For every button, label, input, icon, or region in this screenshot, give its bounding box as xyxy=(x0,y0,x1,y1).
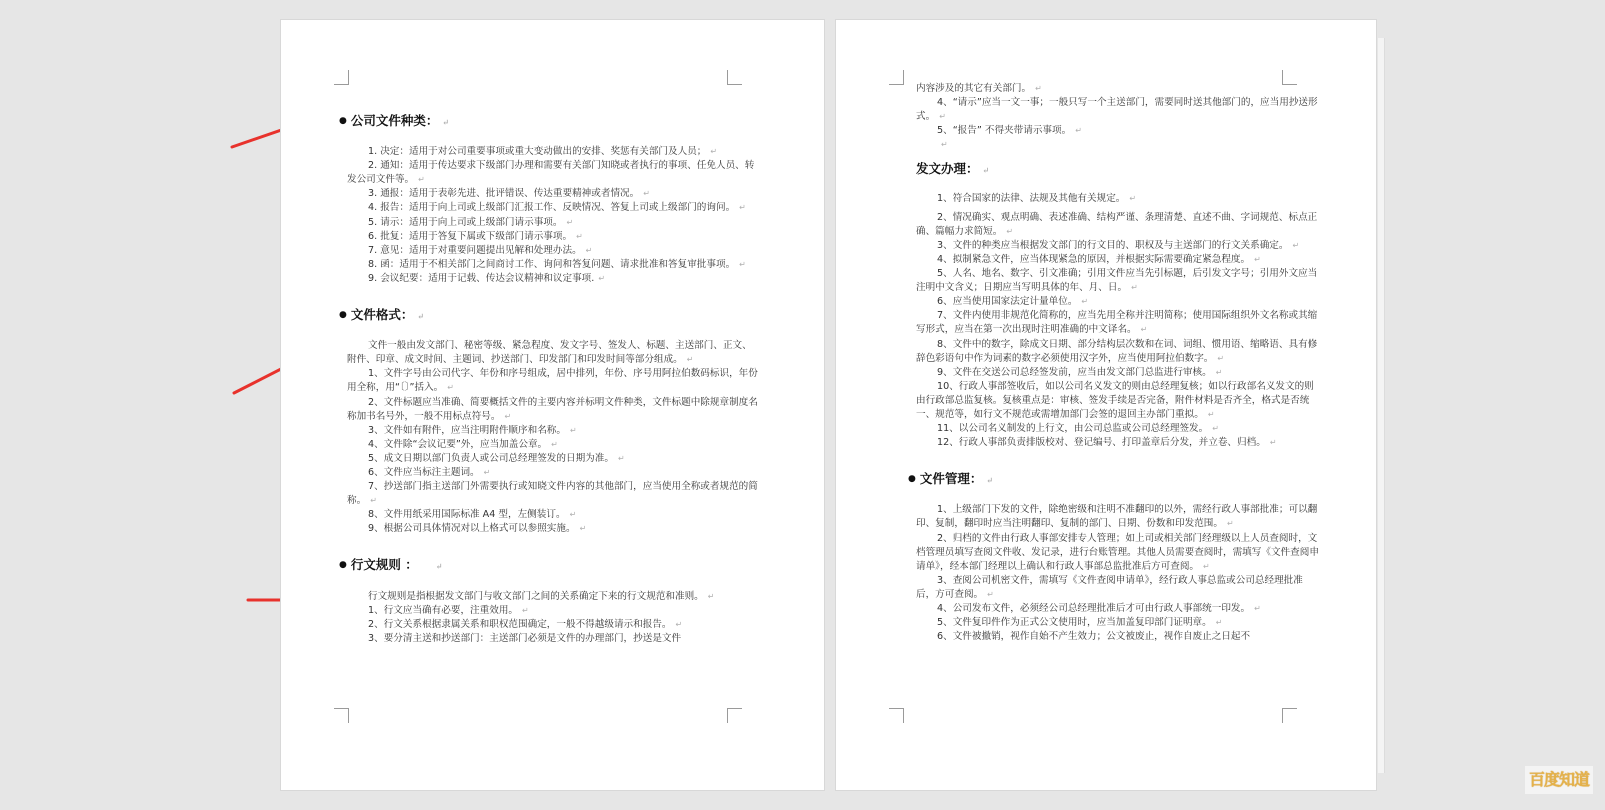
paragraph: 2、情况确实、观点明确、表述准确、结构严谨、条理清楚、直述不曲、字词规范、标点正… xyxy=(916,211,1322,239)
paragraph: 5. 请示：适用于向上司或上级部门请示事项。↵ xyxy=(347,216,759,230)
paragraph: 文件一般由发文部门、秘密等级、紧急程度、发文字号、签发人、标题、主送部门、正文、… xyxy=(347,339,759,367)
watermark-logo: 百度知道 xyxy=(1525,766,1593,794)
paragraph: 9、根据公司具体情况对以上格式可以参照实施。↵ xyxy=(347,522,759,536)
section-heading-doc-management: ●文件管理：↵ xyxy=(908,472,1322,487)
crop-mark-icon xyxy=(889,70,904,85)
crop-mark-icon xyxy=(889,708,904,723)
crop-mark-icon xyxy=(1282,708,1297,723)
bullet-icon: ● xyxy=(908,474,916,484)
paragraph: 7、抄送部门指主送部门外需要执行或知晓文件内容的其他部门，应当使用全称或者规范的… xyxy=(347,480,759,508)
paragraph: 2、归档的文件由行政人事部安排专人管理；如上司或相关部门经理级以上人员查阅时，文… xyxy=(916,532,1322,574)
paragraph: 2、行文关系根据隶属关系和职权范围确定，一般不得越级请示和报告。↵ xyxy=(347,618,759,632)
paragraph: 12、行政人事部负责排版校对、登记编号、打印盖章后分发，并立卷、归档。↵ xyxy=(916,436,1322,450)
paragraph: 1、符合国家的法律、法规及其他有关规定。↵ xyxy=(916,192,1322,206)
paragraph: 1. 决定：适用于对公司重要事项或重大变动做出的安排、奖惩有关部门及人员；↵ xyxy=(347,145,759,159)
paragraph: 3、文件如有附件，应当注明附件顺序和名称。↵ xyxy=(347,424,759,438)
paragraph: 8、文件中的数字，除成文日期、部分结构层次数和在词、词组、惯用语、缩略语、具有修… xyxy=(916,338,1322,366)
paragraph: 5、文件复印件作为正式公文使用时，应当加盖复印部门证明章。↵ xyxy=(916,616,1322,630)
paragraph: 3、查阅公司机密文件，需填写《文件查阅申请单》，经行政人事总监或公司总经理批准后… xyxy=(916,574,1322,602)
document-page-left: ●公司文件种类：↵ 1. 决定：适用于对公司重要事项或重大变动做出的安排、奖惩有… xyxy=(281,20,824,790)
paragraph: 3、要分清主送和抄送部门：主送部门必须是文件的办理部门，抄送是文件 xyxy=(347,632,759,646)
paragraph: 1、文件字号由公司代字、年份和序号组成，居中排列，年份、序号用阿拉伯数码标识，年… xyxy=(347,367,759,395)
paragraph: 2. 通知：适用于传达要求下级部门办理和需要有关部门知晓或者执行的事项、任免人员… xyxy=(347,159,759,187)
paragraph: 1、上级部门下发的文件，除绝密级和注明不准翻印的以外，需经行政人事部批准；可以翻… xyxy=(916,503,1322,531)
paragraph: 4、拟制紧急文件，应当体现紧急的原因，并根据实际需要确定紧急程度。↵ xyxy=(916,253,1322,267)
page-content[interactable]: ●公司文件种类：↵ 1. 决定：适用于对公司重要事项或重大变动做出的安排、奖惩有… xyxy=(347,100,759,646)
section-heading-writing-rules: ●行文规则 ：↵ xyxy=(339,558,759,573)
section-heading-doc-format: ●文件格式：↵ xyxy=(339,308,759,323)
paragraph: 6. 批复：适用于答复下属或下级部门请示事项。↵ xyxy=(347,230,759,244)
paragraph: 5、成文日期以部门负责人或公司总经理签发的日期为准。↵ xyxy=(347,452,759,466)
paragraph: 行文规则是指根据发文部门与收文部门之间的关系确定下来的行文规范和准则。↵ xyxy=(347,590,759,604)
bullet-icon: ● xyxy=(339,560,347,570)
paragraph: 3. 通报：适用于表彰先进、批评错误、传达重要精神或者情况。↵ xyxy=(347,187,759,201)
paragraph: 7. 意见：适用于对重要问题提出见解和处理办法。↵ xyxy=(347,244,759,258)
crop-mark-icon xyxy=(334,70,349,85)
paragraph: 6、应当使用国家法定计量单位。↵ xyxy=(916,295,1322,309)
paragraph: 1、行文应当确有必要，注重效用。↵ xyxy=(347,604,759,618)
paragraph: 4、“请示”应当一文一事；一般只写一个主送部门，需要同时送其他部门的，应当用抄送… xyxy=(916,96,1322,124)
paragraph: 4、文件除“会议记要”外，应当加盖公章。↵ xyxy=(347,438,759,452)
empty-paragraph: ↵ xyxy=(916,138,1322,152)
page-content[interactable]: 内容涉及的其它有关部门。↵ 4、“请示”应当一文一事；一般只写一个主送部门，需要… xyxy=(916,82,1322,644)
paragraph: 10、行政人事部签收后，如以公司名义发文的则由总经理复核；如以行政部名义发文的则… xyxy=(916,380,1322,422)
bullet-icon: ● xyxy=(339,116,347,126)
crop-mark-icon xyxy=(727,70,742,85)
paragraph: 8. 函：适用于不相关部门之间商讨工作、询问和答复问题、请求批准和答复审批事项。… xyxy=(347,258,759,272)
paragraph: 6、文件应当标注主题词。↵ xyxy=(347,466,759,480)
next-page-edge xyxy=(1378,38,1385,773)
paragraph: 8、文件用纸采用国际标准 A4 型，左侧装订。↵ xyxy=(347,508,759,522)
paragraph: 5、人名、地名、数字、引文准确；引用文件应当先引标题，后引发文字号；引用外文应当… xyxy=(916,267,1322,295)
paragraph: 4、公司发布文件，必须经公司总经理批准后才可由行政人事部统一印发。↵ xyxy=(916,602,1322,616)
paragraph: 6、文件被撤销，视作自始不产生效力；公文被废止，视作自废止之日起不 xyxy=(916,630,1322,644)
paragraph: 3、文件的种类应当根据发文部门的行文目的、职权及与主送部门的行文关系确定。↵ xyxy=(916,239,1322,253)
paragraph: 7、文件内使用非规范化简称的，应当先用全称并注明简称；使用国际组织外文名称或其缩… xyxy=(916,309,1322,337)
paragraph: 11、以公司名义制发的上行文，由公司总监或公司总经理签发。↵ xyxy=(916,422,1322,436)
section-heading-dispatch: 发文办理：↵ xyxy=(916,162,1322,177)
paragraph: 内容涉及的其它有关部门。↵ xyxy=(916,82,1322,96)
crop-mark-icon xyxy=(334,708,349,723)
section-heading-doc-types: ●公司文件种类：↵ xyxy=(339,114,759,129)
bullet-icon: ● xyxy=(339,310,347,320)
paragraph: 9. 会议纪要：适用于记载、传达会议精神和议定事项.↵ xyxy=(347,272,759,286)
paragraph: 4. 报告：适用于向上司或上级部门汇报工作、反映情况、答复上司或上级部门的询问。… xyxy=(347,201,759,215)
paragraph: 5、“报告” 不得夹带请示事项。↵ xyxy=(916,124,1322,138)
paragraph: 9、文件在交送公司总经签发前，应当由发文部门总监进行审核。↵ xyxy=(916,366,1322,380)
document-page-right: 内容涉及的其它有关部门。↵ 4、“请示”应当一文一事；一般只写一个主送部门，需要… xyxy=(836,20,1376,790)
paragraph: 2、文件标题应当准确、简要概括文件的主要内容并标明文件种类，文件标题中除规章制度… xyxy=(347,396,759,424)
crop-mark-icon xyxy=(727,708,742,723)
